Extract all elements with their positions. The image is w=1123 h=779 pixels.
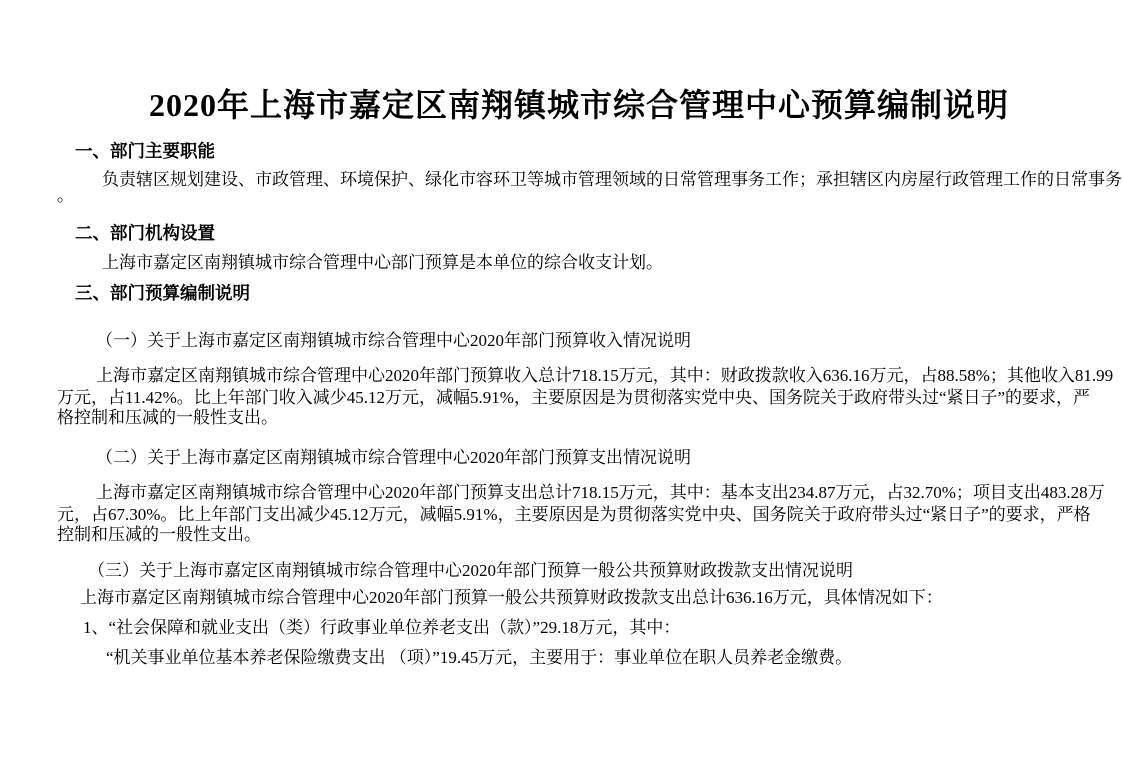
subsection-fiscal-heading: （三）关于上海市嘉定区南翔镇城市综合管理中心2020年部门预算一般公共预算财政拨… [88,560,853,582]
document-page: 2020年上海市嘉定区南翔镇城市综合管理中心预算编制说明 一、部门主要职能 负责… [0,0,1123,779]
subsection-income-heading: （一）关于上海市嘉定区南翔镇城市综合管理中心2020年部门预算收入情况说明 [96,330,691,352]
fiscal-item-1: 1、“社会保障和就业支出（类）行政事业单位养老支出（款）”29.18万元，其中： [83,617,680,639]
fiscal-item-1-detail: “机关事业单位基本养老保险缴费支出 （项）”19.45万元，主要用于：事业单位在… [106,647,852,669]
expenditure-paragraph-line-3: 控制和压减的一般性支出。 [57,524,261,546]
section-2-heading: 二、部门机构设置 [75,222,215,244]
income-paragraph-line-1: 上海市嘉定区南翔镇城市综合管理中心2020年部门预算收入总计718.15万元，其… [96,365,1113,387]
subsection-expenditure-heading: （二）关于上海市嘉定区南翔镇城市综合管理中心2020年部门预算支出情况说明 [96,447,691,469]
document-viewport: { "doc": { "title": "2020年上海市嘉定区南翔镇城市综合管… [0,0,1123,779]
section-1-heading: 一、部门主要职能 [75,140,215,162]
income-paragraph-line-3: 格控制和压减的一般性支出。 [57,407,278,429]
fiscal-intro-paragraph: 上海市嘉定区南翔镇城市综合管理中心2020年部门预算一般公共预算财政拨款支出总计… [80,587,943,609]
section-1-paragraph-line-1: 负责辖区规划建设、市政管理、环境保护、绿化市容环卫等城市管理领域的日常管理事务工… [102,169,1122,191]
expenditure-paragraph-line-1: 上海市嘉定区南翔镇城市综合管理中心2020年部门预算支出总计718.15万元，其… [96,482,1105,504]
section-3-heading: 三、部门预算编制说明 [75,282,250,304]
section-2-paragraph: 上海市嘉定区南翔镇城市综合管理中心部门预算是本单位的综合收支计划。 [102,252,663,274]
expenditure-paragraph-line-2: 元，占67.30%。比上年部门支出减少45.12万元，减幅5.91%，主要原因是… [57,504,1091,526]
document-title: 2020年上海市嘉定区南翔镇城市综合管理中心预算编制说明 [0,85,1123,125]
income-paragraph-line-2: 万元，占11.42%。比上年部门收入减少45.12万元，减幅5.91%，主要原因… [57,387,1090,409]
section-1-paragraph-line-2: 。 [57,185,74,207]
